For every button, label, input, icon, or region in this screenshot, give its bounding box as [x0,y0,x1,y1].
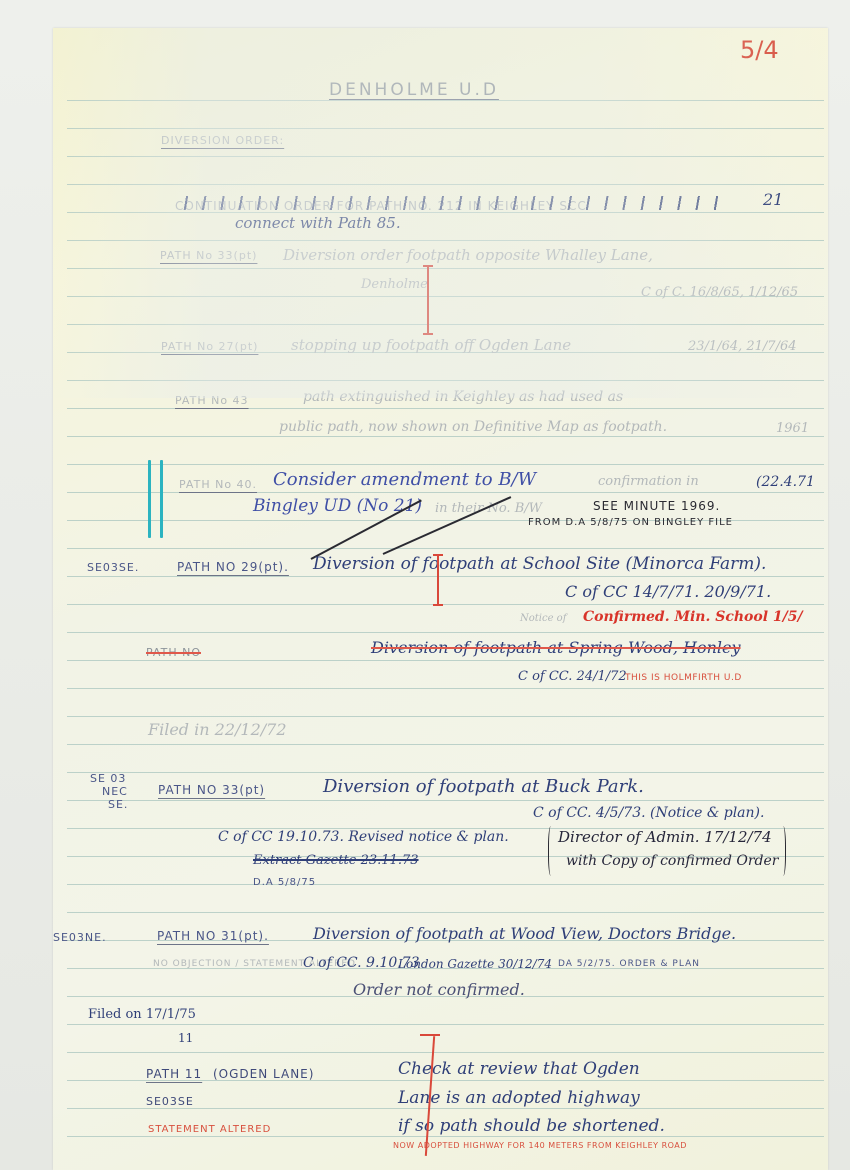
minute-note: SEE MINUTE 1969. [593,500,720,512]
path-label: PATH No 33(pt) [160,250,257,261]
rule-line [67,268,824,269]
rule-line [67,380,824,381]
path-description: Diversion of footpath at Wood View, Doct… [313,926,736,942]
rule-line [67,548,824,549]
rule-line [67,184,824,185]
rule-line [67,156,824,157]
review-note-3: if so path should be shortened. [398,1118,665,1135]
grid-ref: SE03SE [146,1096,194,1107]
path-label: PATH NO 29(pt). [177,561,289,573]
side-mark: 21 [763,192,783,208]
rule-line [67,604,824,605]
scribble-strikethrough [178,196,718,210]
rule-line [67,632,824,633]
path-description: Diversion of footpath at School Site (Mi… [313,556,766,573]
path-dates: C of C. 16/8/65, 1/12/65 [641,286,798,299]
path-description: Diversion of footpath at Buck Park. [323,778,644,796]
path-description: path extinguished in Keighley as had use… [303,390,623,404]
rule-line [67,408,824,409]
red-cross-mark [420,1034,440,1036]
rule-line [67,772,824,773]
grid-ref-line: NEC [102,785,140,798]
confirmed-note: Confirmed. Min. School 1/5/ [583,610,803,624]
rule-line [67,912,824,913]
confirmed-copy-note: with Copy of confirmed Order [566,854,778,868]
path-description: stopping up footpath off Ogden Lane [291,338,571,353]
ledger-page: 5/4 DENHOLME U.D DIVERSION ORDER: CONTIN… [53,28,828,1170]
red-tick-marker [437,554,439,606]
rule-line [67,688,824,689]
rule-line [67,884,824,885]
rule-line [67,1108,824,1109]
rule-line [67,436,824,437]
page-number: 5/4 [740,38,779,62]
rule-line [67,716,824,717]
gazette-note: London Gazette 30/12/74 [398,958,552,970]
path-description-2-faint: in their No. B/W [435,502,542,515]
bracket-left [548,826,555,876]
holmfirth-note: THIS IS HOLMFIRTH U.D [625,674,742,683]
rule-line [67,324,824,325]
revised-notice: C of CC 19.10.73. Revised notice & plan. [218,830,509,844]
grid-ref: SE 03 NEC SE. [90,772,140,811]
da-note: DA 5/2/75. ORDER & PLAN [558,960,700,969]
rule-line [67,240,824,241]
adopted-highway-note: NOW ADOPTED HIGHWAY FOR 140 METERS FROM … [393,1141,793,1151]
grid-ref-line: SE. [108,798,140,811]
rule-line [67,576,824,577]
file-note: FROM D.A 5/8/75 ON BINGLEY FILE [528,518,733,528]
rule-line [67,100,824,101]
path-dates: C of CC. 24/1/72 [518,670,627,683]
path-description: Diversion order footpath opposite Whalle… [283,248,653,263]
director-note: Director of Admin. 17/12/74 [558,830,772,845]
path-dates: 23/1/64, 21/7/64 [688,340,797,353]
rule-line [67,1136,824,1137]
grid-ref: SE03SE. [87,562,139,573]
number-mark: 11 [178,1032,193,1044]
path-description-2: public path, now shown on Definitive Map… [279,420,667,434]
review-note-1: Check at review that Ogden [398,1061,640,1078]
filed-note: Filed in 22/12/72 [148,722,287,738]
grid-ref: SE03NE. [53,932,107,943]
path-dates: C of CC. 4/5/73. (Notice & plan). [533,806,764,820]
path-description-2: Denholme [361,278,428,291]
statement-altered-label: STATEMENT ALTERED [148,1125,271,1135]
path-label: PATH No 43 [175,395,249,406]
rule-line [67,492,824,493]
margin-marker-right [160,460,163,538]
red-tick-marker [427,265,429,335]
rule-line [67,1052,824,1053]
path-description: Consider amendment to B/W [273,471,536,489]
section-heading: DIVERSION ORDER: [161,135,284,146]
path-label: PATH NO 33(pt) [158,784,265,796]
rule-line [67,128,824,129]
not-confirmed-note: Order not confirmed. [353,982,525,998]
path-label: PATH 11 [146,1068,202,1080]
grid-ref-line: SE 03 [90,772,140,785]
da-note: D.A 5/8/75 [253,878,316,888]
path-dates: C of CC 14/7/71. 20/9/71. [565,584,771,600]
bracket-right [779,826,786,876]
path-label: PATH No 27(pt) [161,341,258,352]
insert-note: connect with Path 85. [235,216,401,231]
path-label-suffix: (OGDEN LANE) [213,1068,314,1080]
struck-gazette: Extract Gazette 23.11.73 [253,854,419,867]
path-label: PATH NO 31(pt). [157,930,269,942]
page-title: DENHOLME U.D [329,82,499,99]
rule-line [67,1024,824,1025]
margin-marker-left [148,460,151,538]
rule-line [67,660,824,661]
path-label: PATH NO [146,647,276,658]
filed-on-note: Filed on 17/1/75 [88,1008,196,1021]
rule-line [67,800,824,801]
rule-line [67,744,824,745]
path-description-faint: confirmation in [598,475,699,488]
notice-prefix: Notice of [520,614,566,624]
rule-line [67,464,824,465]
path-year: 1961 [776,422,809,435]
path-description: Diversion of footpath at Spring Wood, Ho… [371,640,741,656]
review-note-2: Lane is an adopted highway [398,1090,640,1107]
path-label: PATH No 40. [179,479,257,490]
path-date: (22.4.71 [756,475,815,489]
